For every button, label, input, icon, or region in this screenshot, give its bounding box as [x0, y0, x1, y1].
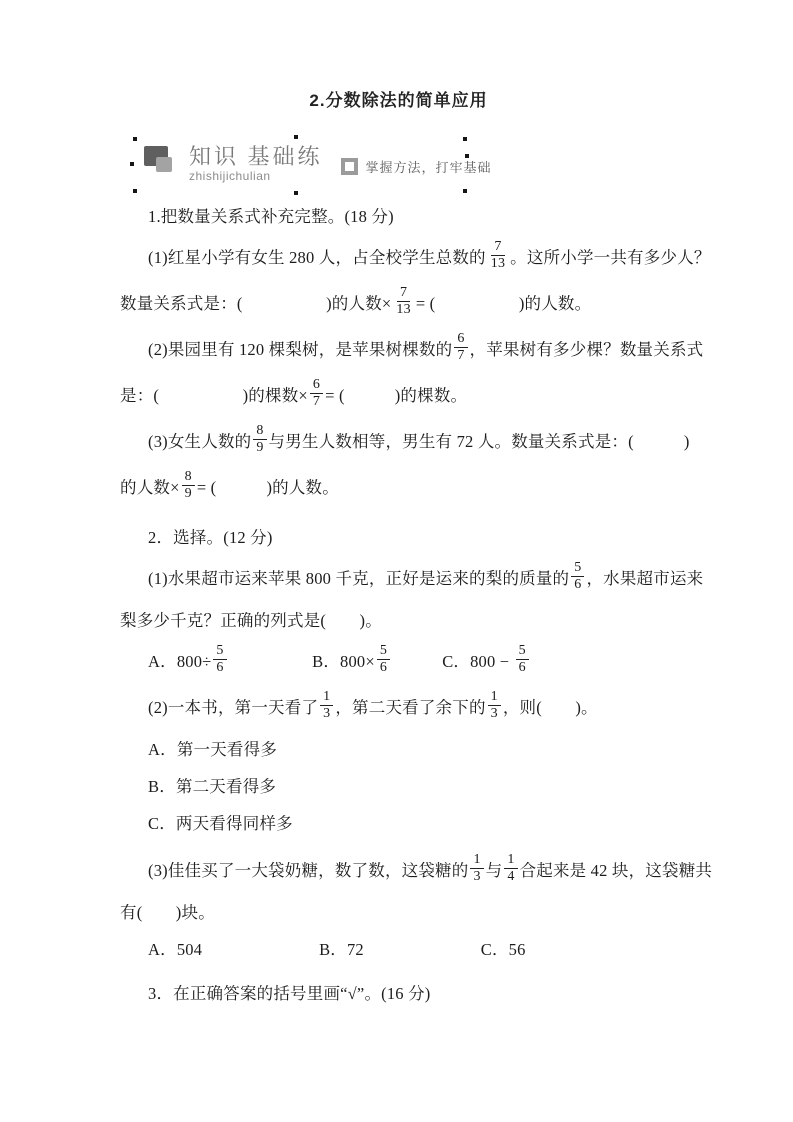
text-run: (2)果园里有 120 棵梨树，是苹果树棵数的: [148, 336, 452, 360]
fraction: 56: [516, 643, 529, 675]
selection-handle[interactable]: [465, 154, 469, 158]
q2-2-option-a: A．第一天看得多: [120, 729, 677, 766]
fraction-numerator: 5: [377, 643, 390, 660]
text-run: 有( )块。: [120, 899, 215, 923]
fraction-numerator: 7: [491, 239, 504, 256]
fraction-denominator: 6: [571, 577, 584, 593]
text-run: 1.把数量关系式补充完整。(18 分): [148, 203, 394, 227]
fraction-denominator: 9: [182, 486, 195, 502]
text-run: A．800÷: [148, 648, 211, 672]
fraction-denominator: 3: [470, 869, 483, 885]
text-run: = ( )的人数。: [197, 474, 339, 498]
text-run: B．800×: [229, 648, 375, 672]
fraction: 713: [393, 285, 413, 317]
fraction: 56: [571, 560, 584, 592]
square-outline-icon: [341, 158, 358, 175]
fraction-numerator: 5: [213, 643, 226, 660]
q2-3-line1: (3)佳佳买了一大袋奶糖，数了数，这袋糖的13与14合起来是 42 块，这袋糖共: [120, 846, 677, 892]
text-run: ，水果超市运来: [586, 565, 703, 589]
text-run: ，第二天看了余下的: [335, 694, 485, 718]
text-run: 合起来是 42 块，这袋糖共: [520, 857, 713, 881]
text-run: C．800 −: [392, 648, 514, 672]
q1-3-line1: (3)女生人数的89与男生人数相等，男生有 72 人。数量关系式是：( ): [120, 417, 677, 463]
fraction: 13: [470, 852, 483, 884]
fraction-denominator: 6: [377, 660, 390, 676]
text-run: ，则( )。: [503, 694, 598, 718]
text-run: 数量关系式是：( )的人数×: [120, 290, 391, 314]
badge-tagline: 掌握方法，打牢基础: [366, 157, 492, 176]
fraction-denominator: 13: [393, 302, 413, 318]
q2-1-line1: (1)水果超市运来苹果 800 千克，正好是运来的梨的质量的56，水果超市运来: [120, 554, 677, 600]
document-body: 1.把数量关系式补充完整。(18 分)(1)红星小学有女生 280 人，占全校学…: [120, 196, 677, 1010]
fraction: 14: [504, 852, 517, 884]
fraction-numerator: 6: [454, 331, 467, 348]
q2-2-line1: (2)一本书，第一天看了13，第二天看了余下的13，则( )。: [120, 683, 677, 729]
text-run: A．第一天看得多: [148, 736, 277, 760]
fraction: 56: [213, 643, 226, 675]
badge-pinyin: zhishijichulian: [189, 169, 323, 183]
fraction: 13: [320, 689, 333, 721]
text-run: C．两天看得同样多: [148, 810, 293, 834]
fraction-numerator: 1: [488, 689, 501, 706]
fraction-denominator: 9: [253, 440, 266, 456]
text-run: (3)女生人数的: [148, 428, 251, 452]
fraction-numerator: 1: [320, 689, 333, 706]
selection-handle[interactable]: [133, 137, 137, 141]
header-image[interactable]: 知识 基础练 zhishijichulian 掌握方法，打牢基础: [142, 138, 460, 190]
fraction-numerator: 5: [516, 643, 529, 660]
fraction: 67: [454, 331, 467, 363]
q1-3-line2: 的人数×89= ( )的人数。: [120, 463, 677, 509]
fraction-numerator: 1: [504, 852, 517, 869]
fraction-denominator: 13: [488, 256, 508, 272]
fraction-numerator: 6: [310, 377, 323, 394]
page-title: 2.分数除法的简单应用: [120, 88, 677, 114]
text-run: 梨多少千克？正确的列式是( )。: [120, 607, 382, 631]
q1-1-line1: (1)红星小学有女生 280 人，占全校学生总数的713。这所小学一共有多少人？: [120, 233, 677, 279]
text-run: 是：( )的棵数×: [120, 382, 308, 406]
selection-handle[interactable]: [294, 191, 298, 195]
q2-3-line2: 有( )块。: [120, 892, 677, 929]
text-run: (2)一本书，第一天看了: [148, 694, 318, 718]
badge-text: 知识 基础练 zhishijichulian: [189, 145, 323, 183]
badge-left: 知识 基础练 zhishijichulian: [142, 143, 323, 185]
q2-1-line2: 梨多少千克？正确的列式是( )。: [120, 600, 677, 637]
q1-heading: 1.把数量关系式补充完整。(18 分): [120, 196, 677, 233]
text-run: 。这所小学一共有多少人？: [510, 244, 710, 268]
fraction: 56: [377, 643, 390, 675]
text-run: (1)水果超市运来苹果 800 千克，正好是运来的梨的质量的: [148, 565, 569, 589]
q2-1-options: A．800÷56 B．800×56 C．800 − 56: [120, 637, 677, 683]
text-run: (3)佳佳买了一大袋奶糖，数了数，这袋糖的: [148, 857, 468, 881]
q3-heading: 3．在正确答案的括号里画“√”。(16 分): [120, 973, 677, 1010]
fraction: 67: [310, 377, 323, 409]
text-run: ，苹果树有多少棵？数量关系式: [470, 336, 704, 360]
q1-2-line1: (2)果园里有 120 棵梨树，是苹果树棵数的67，苹果树有多少棵？数量关系式: [120, 325, 677, 371]
text-run: A．504 B．72 C．56: [148, 936, 526, 960]
q2-heading: 2．选择。(12 分): [120, 517, 677, 554]
q1-1-line2: 数量关系式是：( )的人数×713= ( )的人数。: [120, 279, 677, 325]
fraction-denominator: 6: [213, 660, 226, 676]
selection-handle[interactable]: [463, 189, 467, 193]
document-page: 2.分数除法的简单应用 知识 基础练 zhishijichulian 掌握方法，…: [0, 0, 793, 1122]
text-run: (1)红星小学有女生 280 人，占全校学生总数的: [148, 244, 486, 268]
q2-2-option-c: C．两天看得同样多: [120, 803, 677, 840]
selection-handle[interactable]: [463, 137, 467, 141]
fraction-denominator: 3: [320, 706, 333, 722]
fraction-numerator: 8: [182, 469, 195, 486]
badge-right: 掌握方法，打牢基础: [341, 157, 492, 176]
text-run: 与男生人数相等，男生有 72 人。数量关系式是：( ): [269, 428, 690, 452]
fraction-denominator: 7: [310, 394, 323, 410]
q2-3-options: A．504 B．72 C．56: [120, 929, 677, 966]
selection-handle[interactable]: [294, 135, 298, 139]
q1-2-line2: 是：( )的棵数×67= ( )的棵数。: [120, 371, 677, 417]
fraction-numerator: 5: [571, 560, 584, 577]
text-run: 的人数×: [120, 474, 180, 498]
badge-title: 知识 基础练: [189, 145, 323, 169]
fraction-numerator: 1: [470, 852, 483, 869]
text-run: 3．在正确答案的括号里画“√”。(16 分): [148, 980, 430, 1004]
text-run: = ( )的人数。: [416, 290, 592, 314]
fraction: 89: [182, 469, 195, 501]
overlapping-squares-icon: [142, 143, 180, 185]
text-run: 2．选择。(12 分): [148, 524, 273, 548]
text-run: = ( )的棵数。: [325, 382, 467, 406]
fraction: 713: [488, 239, 508, 271]
selection-handle[interactable]: [133, 189, 137, 193]
fraction-denominator: 6: [516, 660, 529, 676]
fraction-numerator: 7: [397, 285, 410, 302]
fraction-denominator: 3: [488, 706, 501, 722]
fraction: 13: [488, 689, 501, 721]
text-run: B．第二天看得多: [148, 773, 276, 797]
fraction-denominator: 4: [504, 869, 517, 885]
fraction-denominator: 7: [454, 348, 467, 364]
fraction: 89: [253, 423, 266, 455]
text-run: 与: [486, 857, 503, 881]
selection-handle[interactable]: [130, 162, 134, 166]
q2-2-option-b: B．第二天看得多: [120, 766, 677, 803]
fraction-numerator: 8: [253, 423, 266, 440]
